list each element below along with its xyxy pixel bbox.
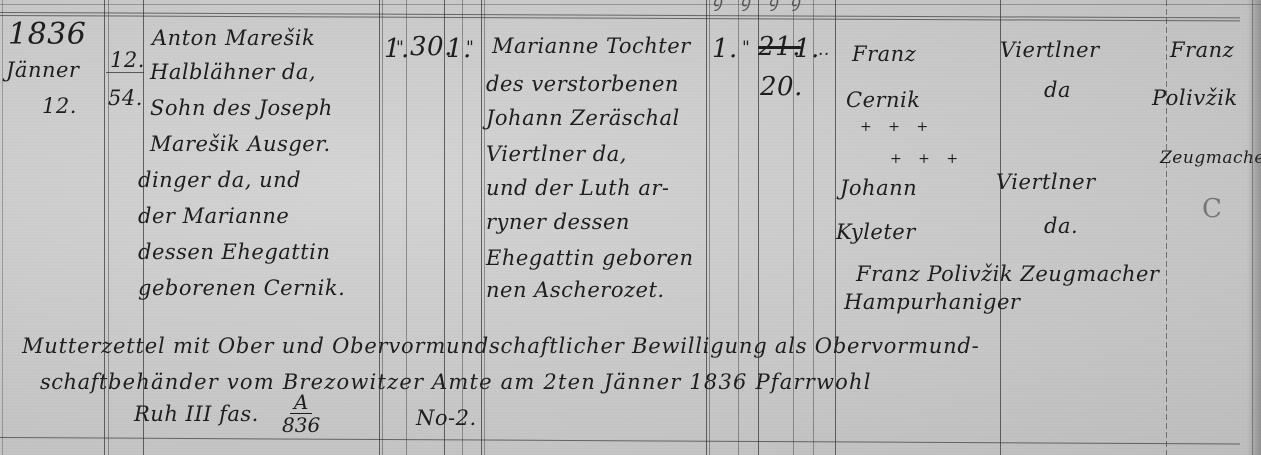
- col-rule: [1000, 0, 1001, 455]
- col-rule: [2, 0, 3, 455]
- mother-line: Viertlner da,: [486, 144, 627, 165]
- child-line: Halblähner da,: [150, 62, 316, 83]
- pencil-mark: C: [1202, 196, 1222, 222]
- header-fragment: ꝯ: [740, 0, 750, 11]
- mother-line: nen Ascherozet.: [486, 280, 665, 301]
- godparent-2-place: da.: [1044, 216, 1078, 237]
- remark-line-3-suffix: No-2.: [416, 408, 477, 429]
- godparent-1-surname: Cernik: [846, 90, 921, 111]
- midwife-first-name: Franz: [1170, 40, 1234, 61]
- child-line: dessen Ehegattin: [138, 242, 330, 263]
- godparent-1-status: Viertlner: [1000, 40, 1100, 61]
- mother-line: Johann Zeräschal: [486, 108, 680, 129]
- entry-month: Jänner: [6, 60, 79, 81]
- day-number-b: 20.: [760, 74, 803, 100]
- mother-line: ryner dessen: [486, 212, 630, 233]
- remark-line-2b: behänder vom Brezowitzer Amte am 2ten Jä…: [108, 372, 872, 393]
- legitimacy-ditto: ": [742, 40, 750, 57]
- header-fragment: ꝯ: [712, 0, 722, 11]
- mother-line: Ehegattin geboren: [486, 248, 694, 269]
- godparent-2-surname: Kyleter: [836, 222, 916, 243]
- child-line: Sohn des Joseph: [150, 98, 333, 119]
- child-line: der Marianne: [138, 206, 289, 227]
- midwife-occupation: Zeugmacher: [1160, 150, 1261, 167]
- mother-line: und der Luth ar-: [486, 178, 670, 199]
- legitimacy-mark: 1.: [712, 36, 738, 62]
- witness-line: Franz Polivžik Zeugmacher: [856, 264, 1159, 285]
- fraction-denominator: 836: [282, 414, 320, 435]
- header-fragment: ꝯ: [790, 0, 800, 11]
- mother-line: Marianne Tochter: [492, 36, 691, 57]
- house-number-divider: [106, 72, 144, 73]
- entry-year: 1836: [8, 20, 86, 50]
- witness-line-2: Hampurhaniger: [844, 292, 1020, 313]
- house-number-bottom: 54.: [108, 88, 143, 109]
- godparent-1-place: da: [1044, 80, 1071, 101]
- remark-fraction: A 836: [282, 392, 320, 435]
- entry-bottom-rule: [0, 437, 1240, 444]
- child-line: Anton Marešik: [152, 28, 315, 49]
- page-edge-shadow: [1247, 0, 1261, 455]
- remark-line-3-prefix: Ruh III fas.: [134, 404, 259, 425]
- mother-line: des verstorbenen: [486, 74, 679, 95]
- gender-ditto: ": [466, 40, 474, 57]
- godparent-1-crosses: + + +: [860, 120, 934, 134]
- entry-day: 12.: [42, 96, 77, 117]
- house-number-top: 12.: [110, 50, 145, 71]
- child-line: geborenen Cernik.: [138, 278, 345, 299]
- register-page: ꝯ ꝯ ꝯ ꝯ 1836 Jänner 12. 12. 54. Anton Ma…: [0, 0, 1261, 455]
- godparent-2-first-name: Johann: [840, 178, 917, 199]
- header-fragment: ꝯ: [768, 0, 778, 11]
- top-rule: [0, 4, 1261, 5]
- child-line: Marešik Ausger.: [150, 134, 331, 155]
- midwife-surname: Polivžik: [1152, 88, 1238, 109]
- godparent-2-crosses: + + +: [890, 152, 964, 166]
- col-rule: [1166, 0, 1167, 455]
- religion-ditto: ": [396, 40, 404, 57]
- fraction-numerator: A: [290, 392, 312, 414]
- day-number-mark: ..: [818, 42, 830, 59]
- child-line: dinger da, und: [138, 170, 301, 191]
- remark-line-1: Mutterzettel mit Ober und Obervormundsch…: [22, 336, 980, 357]
- remark-line-2a: schaft: [40, 372, 108, 393]
- day-number-a: 1.: [794, 36, 820, 62]
- godparent-2-status: Viertlner: [996, 172, 1096, 193]
- godparent-1-first-name: Franz: [852, 44, 916, 65]
